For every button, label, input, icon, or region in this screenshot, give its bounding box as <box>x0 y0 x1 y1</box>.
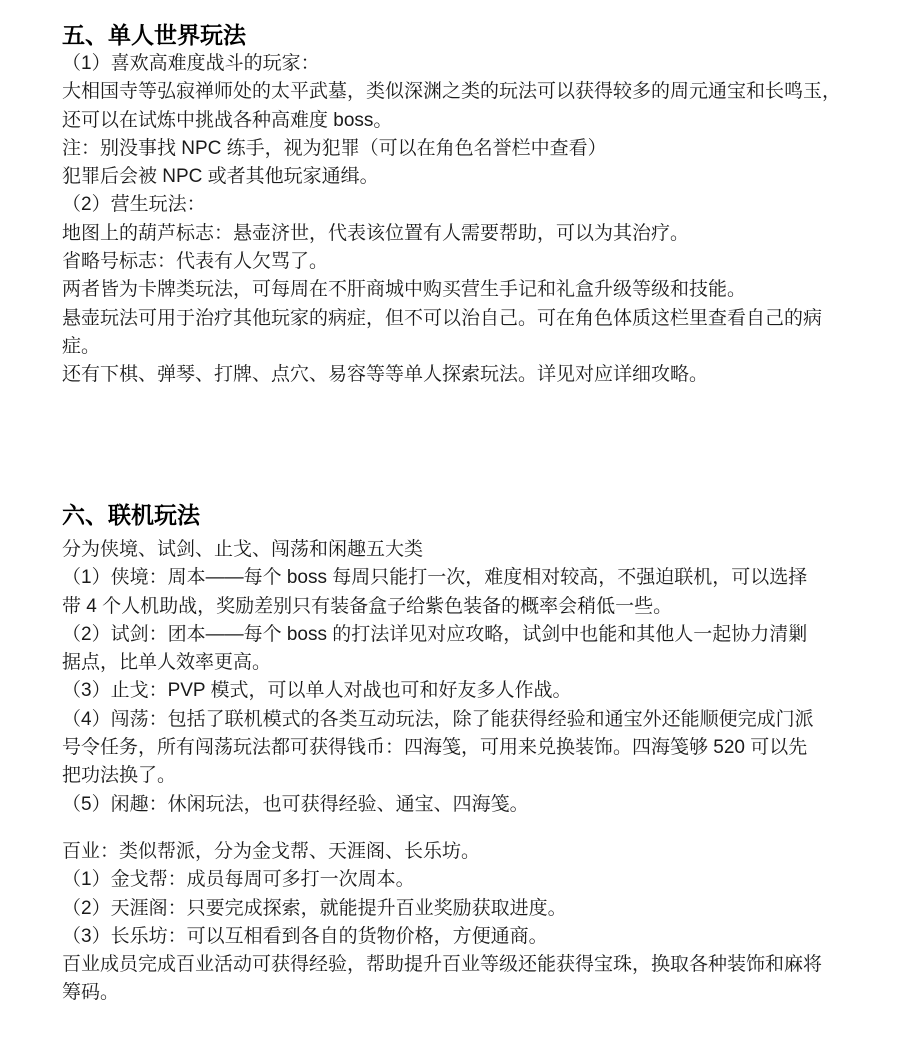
text-line: 百业：类似帮派，分为金戈帮、天涯阁、长乐坊。 <box>62 838 822 866</box>
section-baiye-body: 百业：类似帮派，分为金戈帮、天涯阁、长乐坊。 （1）金戈帮：成员每周可多打一次周… <box>62 838 822 1008</box>
document-page: 五、单人世界玩法 （1）喜欢高难度战斗的玩家： 大相国寺等弘寂禅师处的太平武墓，… <box>0 0 923 1044</box>
text-line: 犯罪后会被 NPC 或者其他玩家通缉。 <box>62 163 841 191</box>
text-line: （1）喜欢高难度战斗的玩家： <box>62 50 841 78</box>
text-line: 两者皆为卡牌类玩法，可每周在不肝商城中购买营生手记和礼盒升级等级和技能。 <box>62 276 841 304</box>
text-line: 症。 <box>62 333 841 361</box>
text-line: （2）天涯阁：只要完成探索，就能提升百业奖励获取进度。 <box>62 895 822 923</box>
text-line: 注：别没事找 NPC 练手，视为犯罪（可以在角色名誉栏中查看） <box>62 135 841 163</box>
text-line: 省略号标志：代表有人欠骂了。 <box>62 248 841 276</box>
text-line: 分为侠境、试剑、止戈、闯荡和闲趣五大类 <box>62 536 814 564</box>
text-line: （4）闯荡：包括了联机模式的各类互动玩法，除了能获得经验和通宝外还能顺便完成门派 <box>62 706 814 734</box>
text-line: （1）金戈帮：成员每周可多打一次周本。 <box>62 866 822 894</box>
text-line: 大相国寺等弘寂禅师处的太平武墓，类似深渊之类的玩法可以获得较多的周元通宝和长鸣玉… <box>62 78 841 106</box>
section-single-player-body: （1）喜欢高难度战斗的玩家： 大相国寺等弘寂禅师处的太平武墓，类似深渊之类的玩法… <box>62 50 841 390</box>
text-line: （1）侠境：周本——每个 boss 每周只能打一次，难度相对较高，不强迫联机，可… <box>62 564 814 592</box>
text-line: （2）营生玩法： <box>62 191 841 219</box>
text-line: （5）闲趣：休闲玩法，也可获得经验、通宝、四海笺。 <box>62 791 814 819</box>
text-line: （3）止戈：PVP 模式，可以单人对战也可和好友多人作战。 <box>62 677 814 705</box>
text-line: 带 4 个人机助战，奖励差别只有装备盒子给紫色装备的概率会稍低一些。 <box>62 593 814 621</box>
text-line: 把功法换了。 <box>62 762 814 790</box>
text-line: 还可以在试炼中挑战各种高难度 boss。 <box>62 107 841 135</box>
section-heading-multiplayer: 六、联机玩法 <box>62 500 200 530</box>
text-line: 悬壶玩法可用于治疗其他玩家的病症，但不可以治自己。可在角色体质这栏里查看自己的病 <box>62 305 841 333</box>
section-heading-single-player: 五、单人世界玩法 <box>62 20 246 50</box>
text-line: 筹码。 <box>62 979 822 1007</box>
text-line: （2）试剑：团本——每个 boss 的打法详见对应攻略，试剑中也能和其他人一起协… <box>62 621 814 649</box>
text-line: 地图上的葫芦标志：悬壶济世，代表该位置有人需要帮助，可以为其治疗。 <box>62 220 841 248</box>
text-line: 号令任务，所有闯荡玩法都可获得钱币：四海笺，可用来兑换装饰。四海笺够 520 可… <box>62 734 814 762</box>
section-multiplayer-body: 分为侠境、试剑、止戈、闯荡和闲趣五大类 （1）侠境：周本——每个 boss 每周… <box>62 536 814 819</box>
text-line: 据点，比单人效率更高。 <box>62 649 814 677</box>
text-line: 百业成员完成百业活动可获得经验，帮助提升百业等级还能获得宝珠，换取各种装饰和麻将 <box>62 951 822 979</box>
text-line: （3）长乐坊：可以互相看到各自的货物价格，方便通商。 <box>62 923 822 951</box>
text-line: 还有下棋、弹琴、打牌、点穴、易容等等单人探索玩法。详见对应详细攻略。 <box>62 361 841 389</box>
